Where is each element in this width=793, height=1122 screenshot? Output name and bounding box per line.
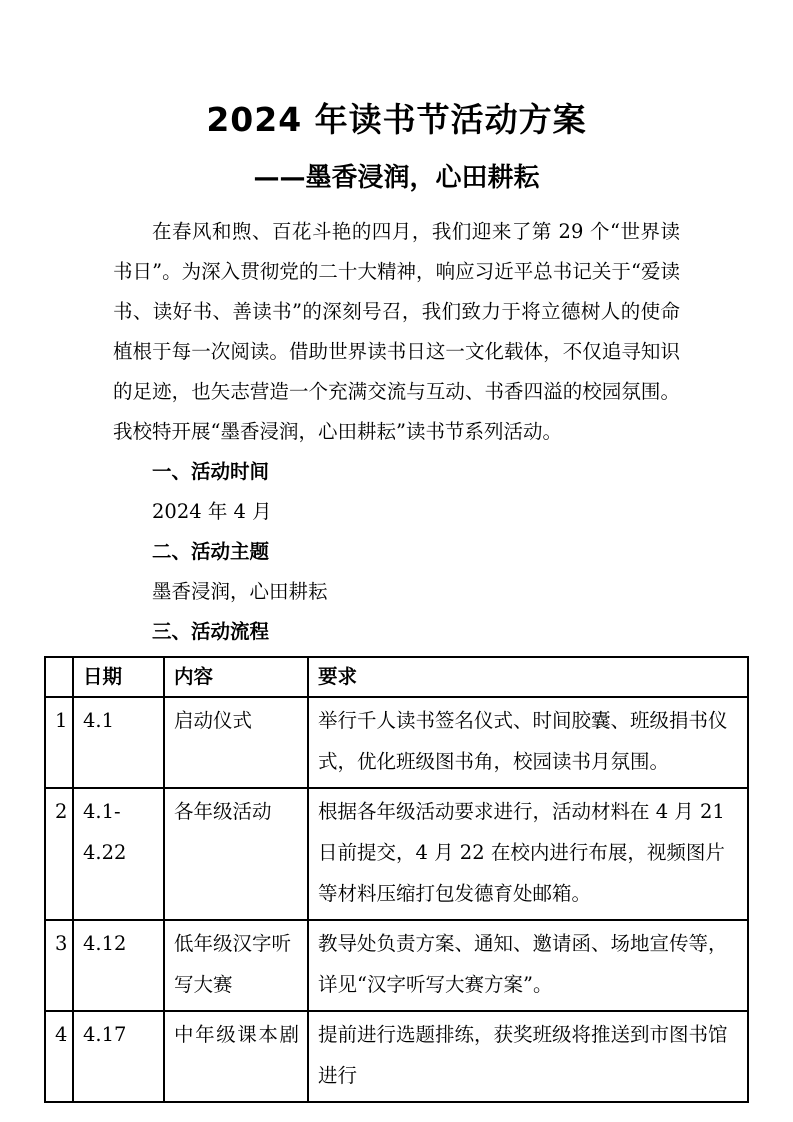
row-content: 中年级课本剧 [164,1011,308,1102]
schedule-table: 日期 内容 要求 1 4.1 启动仪式 举行千人读书签名仪式、时间胶囊、班级捐书… [44,656,749,1103]
table-row: 4 4.17 中年级课本剧 提前进行选题排练，获奖班级将推送到市图书馆进行 [45,1011,748,1102]
row-content: 各年级活动 [164,788,308,920]
schedule-table-header: 日期 内容 要求 [45,657,748,697]
header-cell-content: 内容 [164,657,308,697]
row-requirement: 根据各年级活动要求进行，活动材料在 4 月 21 日前提交，4 月 22 在校内… [308,788,748,920]
table-row: 3 4.12 低年级汉字听写大赛 教导处负责方案、通知、邀请函、场地宣传等，详见… [45,920,748,1011]
schedule-table-body: 1 4.1 启动仪式 举行千人读书签名仪式、时间胶囊、班级捐书仪式，优化班级图书… [45,697,748,1102]
section-body-activity-theme: 墨香浸润，心田耕耘 [113,572,680,612]
row-num: 4 [45,1011,73,1102]
document-page: 2024 年读书节活动方案 ——墨香浸润，心田耕耘 在春风和煦、百花斗艳的四月，… [0,0,793,1122]
row-content: 低年级汉字听写大赛 [164,920,308,1011]
intro-paragraph: 在春风和煦、百花斗艳的四月，我们迎来了第 29 个“世界读书日”。为深入贯彻党的… [113,212,680,452]
row-date: 4.1-4.22 [73,788,164,920]
row-date: 4.1 [73,697,164,788]
section-heading-activity-theme: 二、活动主题 [113,532,680,572]
row-content: 启动仪式 [164,697,308,788]
row-date: 4.12 [73,920,164,1011]
section-heading-activity-time: 一、活动时间 [113,452,680,492]
table-row: 2 4.1-4.22 各年级活动 根据各年级活动要求进行，活动材料在 4 月 2… [45,788,748,920]
section-body-activity-time: 2024 年 4 月 [113,492,680,532]
row-date: 4.17 [73,1011,164,1102]
document-title: 2024 年读书节活动方案 [113,96,680,144]
header-row: 日期 内容 要求 [45,657,748,697]
header-cell-date: 日期 [73,657,164,697]
document-subtitle: ——墨香浸润，心田耕耘 [113,156,680,200]
section-heading-activity-flow: 三、活动流程 [113,612,680,652]
table-row: 1 4.1 启动仪式 举行千人读书签名仪式、时间胶囊、班级捐书仪式，优化班级图书… [45,697,748,788]
row-num: 1 [45,697,73,788]
row-requirement: 教导处负责方案、通知、邀请函、场地宣传等，详见“汉字听写大赛方案”。 [308,920,748,1011]
header-cell-num [45,657,73,697]
row-requirement: 提前进行选题排练，获奖班级将推送到市图书馆进行 [308,1011,748,1102]
row-requirement: 举行千人读书签名仪式、时间胶囊、班级捐书仪式，优化班级图书角，校园读书月氛围。 [308,697,748,788]
header-cell-requirement: 要求 [308,657,748,697]
row-num: 3 [45,920,73,1011]
row-num: 2 [45,788,73,920]
